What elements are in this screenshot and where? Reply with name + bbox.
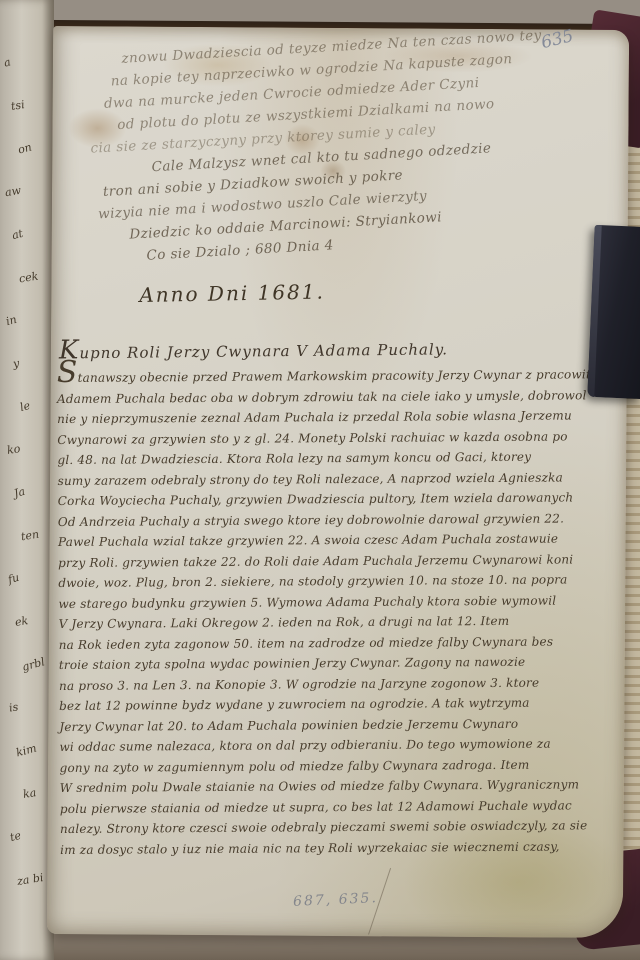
margin-fragment: ko — [6, 442, 21, 457]
margin-fragment: cek — [18, 270, 39, 286]
date-heading: Anno Dni 1681. — [139, 279, 325, 307]
margin-fragment: kim — [15, 742, 38, 760]
body-text-line: wi oddac sume nalezaca, ktora on dal prz… — [59, 733, 621, 757]
book-clasp — [587, 225, 640, 399]
margin-fragment: on — [17, 140, 34, 156]
body-text-line: Cwynarowi za grzywien sto y z gl. 24. Mo… — [57, 426, 619, 450]
section-title: Kupno Roli Jerzy Cwynara V Adama Puchaly… — [59, 331, 448, 365]
body-paragraph: Stanawszy obecnie przed Prawem Markowski… — [57, 364, 622, 860]
previous-page-edge: atsionawatcekinylekoJatenfuekgrbliskimka… — [0, 0, 54, 960]
manuscript-page: 635 znowu Dwadziescia od teyze miedze Na… — [47, 26, 629, 938]
margin-fragment: ten — [20, 528, 40, 544]
margin-fragment: at — [11, 227, 25, 242]
margin-fragment: y — [12, 357, 20, 371]
body-text-line: we starego budynku grzywien 5. Wymowa Ad… — [58, 590, 620, 614]
faded-paragraph: znowu Dwadziescia od teyze miedze Na ten… — [79, 20, 630, 270]
margin-fragment: le — [18, 399, 31, 414]
margin-fragment: aw — [4, 184, 22, 199]
body-text-line: na Rok ieden zyta zagonow 50. item na za… — [59, 631, 621, 655]
margin-fragment: a — [2, 55, 12, 69]
margin-fragment: grbl — [21, 655, 46, 673]
margin-fragment: Ja — [13, 485, 27, 500]
body-text-line: im za dosyc stalo y iuz nie maia nic na … — [60, 836, 622, 860]
margin-fragment: ka — [22, 786, 37, 801]
margin-fragment: in — [4, 313, 18, 328]
margin-fragment: tsi — [10, 98, 25, 113]
margin-fragment: te — [9, 829, 23, 844]
margin-fragment: is — [8, 700, 19, 714]
margin-fragment: ek — [14, 614, 29, 629]
margin-fragment: za bi — [16, 871, 44, 888]
pencil-folio-number-bottom: 687, 635. — [293, 890, 378, 910]
photo-scene: atsionawatcekinylekoJatenfuekgrbliskimka… — [0, 0, 640, 960]
margin-fragment: fu — [7, 571, 21, 586]
body-text-line: na proso 3. na Len 3. na Konopie 3. W og… — [59, 672, 621, 696]
